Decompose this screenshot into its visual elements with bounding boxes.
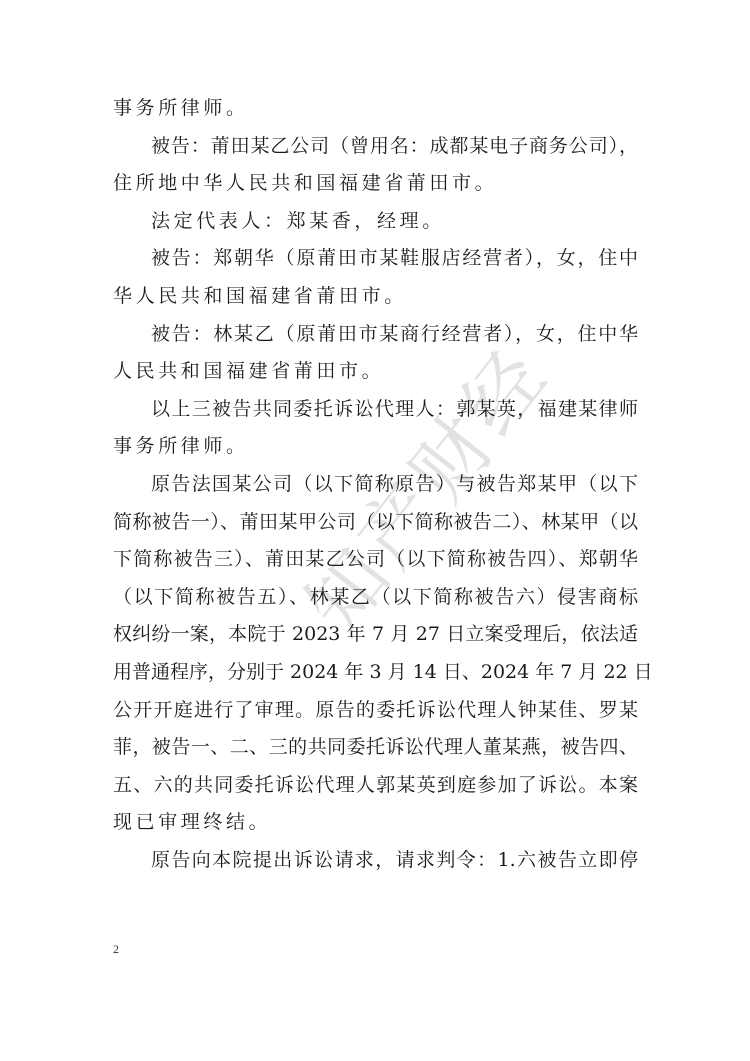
text-line: 被告：郑朝华（原莆田市某鞋服店经营者），女，住中 — [113, 240, 638, 278]
text-line: 被告：莆田某乙公司（曾用名：成都某电子商务公司）， — [113, 128, 638, 166]
text-line: 华人民共和国福建省莆田市。 — [113, 278, 638, 316]
text-line: 简称被告一）、莆田某甲公司（以下简称被告二）、林某甲（以 — [113, 504, 638, 542]
text-line: 下简称被告三）、莆田某乙公司（以下简称被告四）、郑朝华 — [113, 541, 638, 579]
text-line: 五、六的共同委托诉讼代理人郭某英到庭参加了诉讼。本案 — [113, 767, 638, 805]
text-line: 事务所律师。 — [113, 90, 638, 128]
text-line: 用普通程序，分别于 2024 年 3 月 14 日、2024 年 7 月 22 … — [113, 654, 638, 692]
text-line: 权纠纷一案，本院于 2023 年 7 月 27 日立案受理后，依法适 — [113, 616, 638, 654]
text-line: 住所地中华人民共和国福建省莆田市。 — [113, 165, 638, 203]
text-line: 事务所律师。 — [113, 428, 638, 466]
text-line: 菲，被告一、二、三的共同委托诉讼代理人董某燕，被告四、 — [113, 729, 638, 767]
text-line: 现已审理终结。 — [113, 804, 638, 842]
text-line: （以下简称被告五）、林某乙（以下简称被告六）侵害商标 — [113, 579, 638, 617]
page-number: 2 — [113, 942, 119, 957]
text-line: 原告向本院提出诉讼请求，请求判令：1.六被告立即停 — [113, 842, 638, 880]
text-line: 原告法国某公司（以下简称原告）与被告郑某甲（以下 — [113, 466, 638, 504]
text-line: 被告：林某乙（原莆田市某商行经营者），女，住中华 — [113, 316, 638, 354]
document-page: 知产财经 事务所律师。 被告：莆田某乙公司（曾用名：成都某电子商务公司）， 住所… — [0, 0, 750, 1061]
text-line: 法定代表人：郑某香，经理。 — [113, 203, 638, 241]
document-body: 事务所律师。 被告：莆田某乙公司（曾用名：成都某电子商务公司）， 住所地中华人民… — [113, 90, 638, 879]
text-line: 公开开庭进行了审理。原告的委托诉讼代理人钟某佳、罗某 — [113, 692, 638, 730]
text-line: 以上三被告共同委托诉讼代理人：郭某英，福建某律师 — [113, 391, 638, 429]
text-line: 人民共和国福建省莆田市。 — [113, 353, 638, 391]
